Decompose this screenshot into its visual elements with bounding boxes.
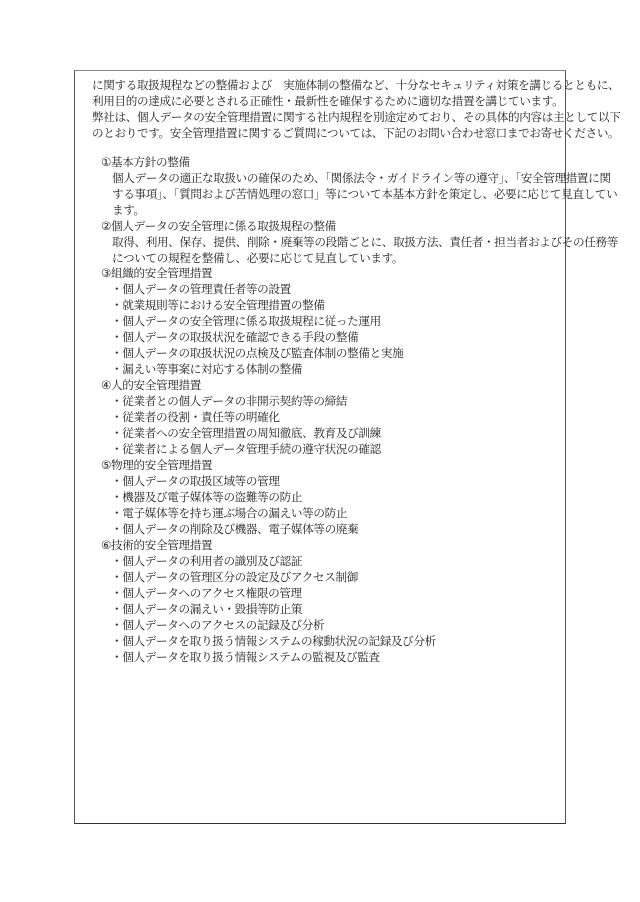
measure-bullet: ・個人データの管理責任者等の設置	[111, 281, 291, 297]
measure-bullet: ・機器及び電子媒体等の盗難等の防止	[111, 489, 302, 505]
measure-body-line: 取得、利用、保存、提供、削除・廃棄等の段階ごとに、取扱方法、責任者・担当者および…	[112, 234, 618, 250]
measure-bullet: ・従業者との個人データの非開示契約等の締結	[111, 393, 347, 409]
measure-bullet: ・個人データを取り扱う情報システムの監視及び監査	[111, 649, 380, 665]
measure-heading: ⑤物理的安全管理措置	[101, 457, 212, 473]
intro-line: のとおりです。安全管理措置に関するご質問については、下記のお問い合わせ窓口までお…	[92, 125, 619, 141]
measure-bullet: ・従業者の役割・責任等の明確化	[111, 409, 280, 425]
intro-line: 利用目的の達成に必要とされる正確性・最新性を確保するために適切な措置を講じていま…	[92, 93, 563, 109]
measure-bullet: ・個人データの取扱状況を確認できる手段の整備	[111, 329, 358, 345]
measure-heading: ③組織的安全管理措置	[101, 265, 212, 281]
measure-bullet: ・個人データの利用者の識別及び認証	[111, 553, 302, 569]
measure-bullet: ・個人データへのアクセスの記録及び分析	[111, 617, 324, 633]
measure-bullet: ・従業者への安全管理措置の周知徹底、教育及び訓練	[111, 425, 381, 441]
measure-bullet: ・漏えい等事案に対応する体制の整備	[111, 361, 302, 377]
intro-line: に関する取扱規程などの整備および 実施体制の整備など、十分なセキュリティ対策を講…	[92, 77, 619, 93]
measure-bullet: ・個人データの漏えい・毀損等防止策	[111, 601, 302, 617]
measure-body-line: 個人データの適正な取扱いの確保のため、「関係法令・ガイドライン等の遵守」、「安全…	[112, 170, 611, 186]
measure-bullet: ・個人データの取扱状況の点検及び監査体制の整備と実施	[111, 345, 403, 361]
measure-heading: ④人的安全管理措置	[101, 377, 201, 393]
measure-bullet: ・個人データへのアクセス権限の管理	[111, 585, 302, 601]
measure-body-line: ます。	[112, 202, 145, 218]
scanned-document-page: に関する取扱規程などの整備および 実施体制の整備など、十分なセキュリティ対策を講…	[0, 0, 640, 902]
measure-bullet: ・個人データを取り扱う情報システムの稼動状況の記録及び分析	[111, 633, 436, 649]
measure-bullet: ・従業者による個人データ管理手続の遵守状況の確認	[111, 441, 381, 457]
measure-bullet: ・個人データの安全管理に係る取扱規程に従った運用	[111, 313, 381, 329]
measure-bullet: ・個人データの管理区分の設定及びアクセス制御	[111, 569, 358, 585]
measure-heading: ⑥技術的安全管理措置	[101, 537, 212, 553]
measure-bullet: ・就業規則等における安全管理措置の整備	[111, 297, 325, 313]
measure-bullet: ・個人データの取扱区域等の管理	[111, 473, 280, 489]
measure-bullet: ・電子媒体等を持ち運ぶ場合の漏えい等の防止	[111, 505, 347, 521]
intro-line: 弊社は、個人データの安全管理措置に関する社内規程を別途定めており、その具体的内容…	[92, 109, 620, 125]
measure-bullet: ・個人データの削除及び機器、電子媒体等の廃棄	[111, 521, 358, 537]
measure-body-line: する事項」、「質問および苦情処理の窓口」等について本基本方針を策定し、必要に応じ…	[112, 186, 617, 202]
measure-body-line: についての規程を整備し、必要に応じて見直しています。	[112, 250, 403, 266]
measure-heading: ①基本方針の整備	[101, 154, 190, 170]
measure-heading: ②個人データの安全管理に係る取扱規程の整備	[101, 218, 336, 234]
